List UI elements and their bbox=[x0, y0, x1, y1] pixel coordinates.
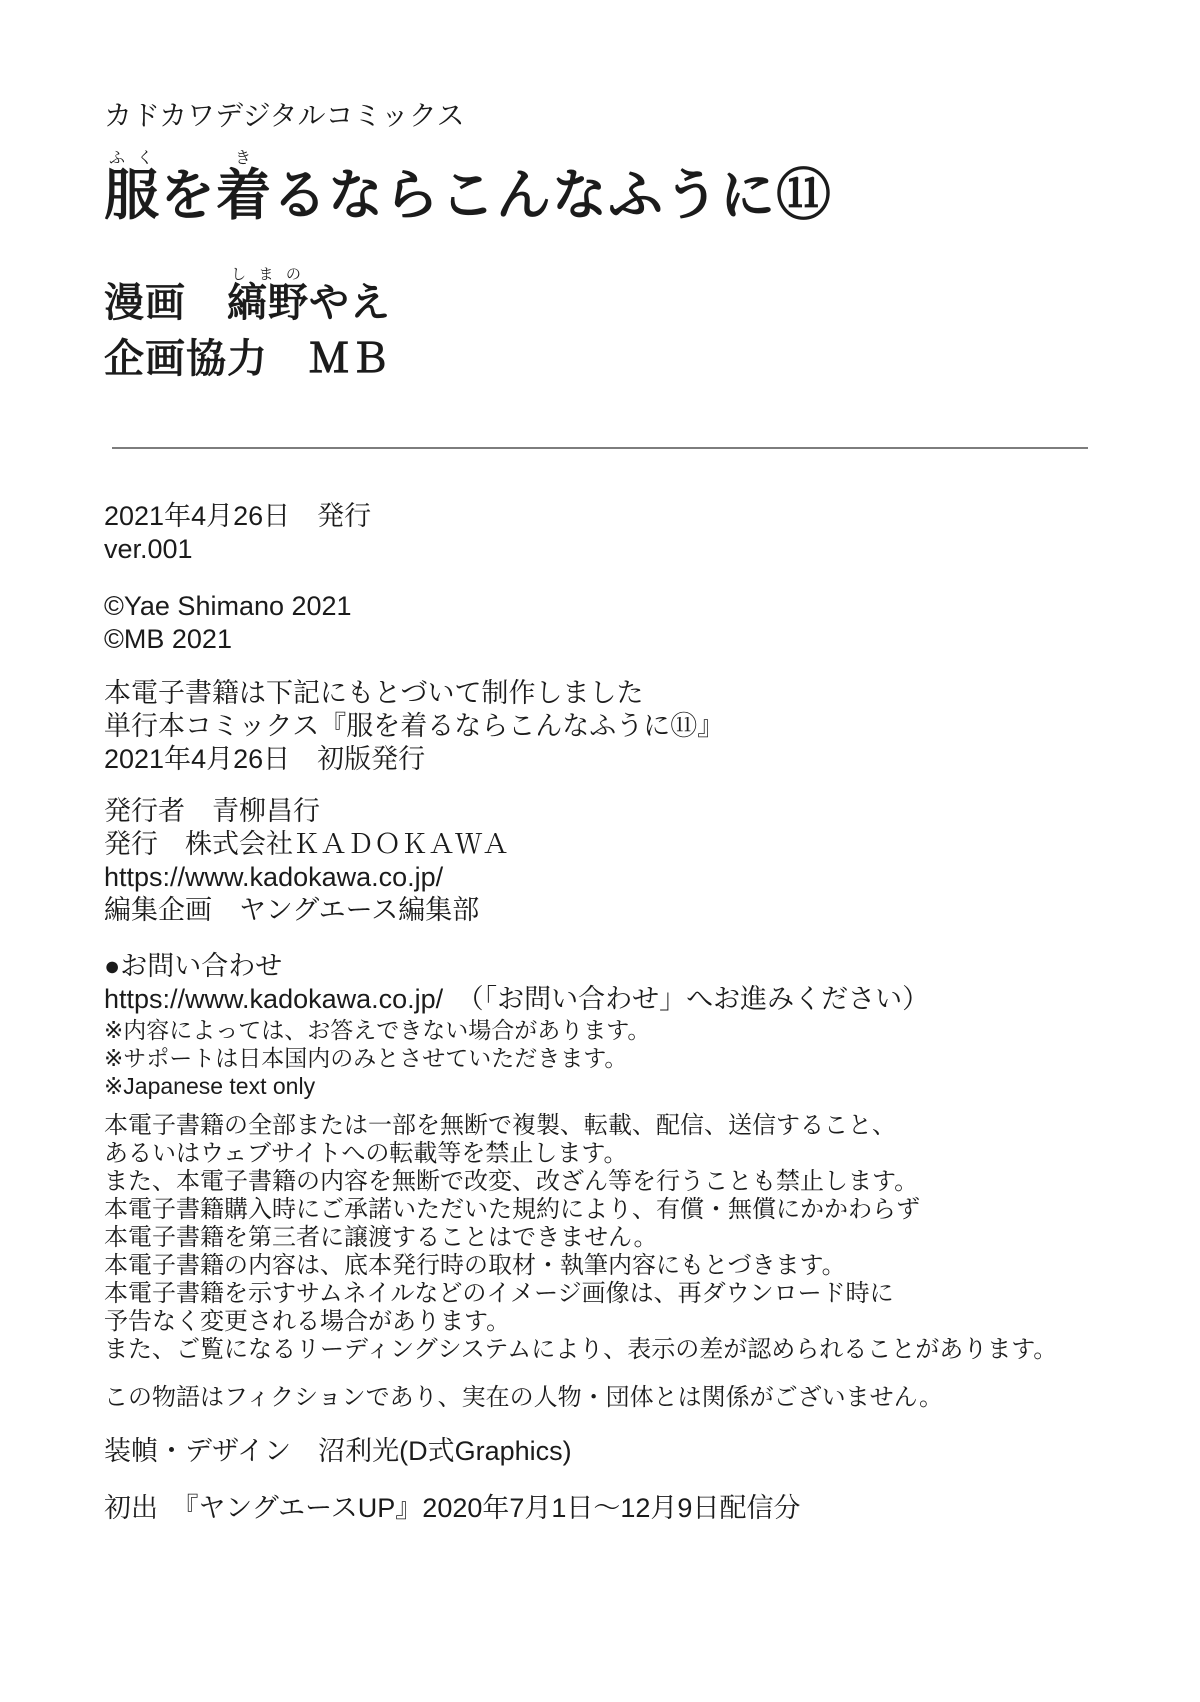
version-number: ver.001 bbox=[104, 533, 1140, 566]
source-edition-block: 本電子書籍は下記にもとづいて制作しました 単行本コミックス『服を着るならこんなふ… bbox=[104, 677, 1140, 776]
divider-rule bbox=[112, 447, 1088, 449]
imprint-label: カドカワデジタルコミックス bbox=[104, 100, 1140, 132]
legal-line: 本電子書籍購入時にご承諾いただいた規約により、有償・無償にかかわらず bbox=[104, 1196, 1140, 1224]
publisher-url: https://www.kadokawa.co.jp/ bbox=[104, 861, 1140, 894]
first-publication-block: 初出 『ヤングエースUP』2020年7月1日～12月9日配信分 bbox=[104, 1492, 1140, 1525]
credit-manga-author: 漫画 縞野しまのやえ bbox=[104, 266, 1140, 327]
legal-line: また、ご覧になるリーディングシステムにより、表示の差が認められることがあります。 bbox=[104, 1336, 1140, 1364]
publisher-person: 発行者 青柳昌行 bbox=[104, 795, 1140, 828]
legal-line: また、本電子書籍の内容を無断で改変、改ざん等を行うことも禁止します。 bbox=[104, 1168, 1140, 1196]
fiction-disclaimer-block: この物語はフィクションであり、実在の人物・団体とは関係がございません。 bbox=[104, 1384, 1140, 1412]
legal-line: 本電子書籍を示すサムネイルなどのイメージ画像は、再ダウンロード時に bbox=[104, 1280, 1140, 1308]
legal-line: 予告なく変更される場合があります。 bbox=[104, 1308, 1140, 1336]
colophon-page: カドカワデジタルコミックス 服ふくを着きるならこんなふうに⑪ 漫画 縞野しまのや… bbox=[0, 0, 1200, 1702]
fiction-disclaimer: この物語はフィクションであり、実在の人物・団体とは関係がございません。 bbox=[104, 1384, 1140, 1412]
design-credit: 装幀・デザイン 沼利光(D式Graphics) bbox=[104, 1435, 1140, 1468]
source-edition-date: 2021年4月26日 初版発行 bbox=[104, 743, 1140, 776]
source-note: 本電子書籍は下記にもとづいて制作しました bbox=[104, 677, 1140, 710]
contact-heading: ●お問い合わせ bbox=[104, 950, 1140, 983]
contact-url: https://www.kadokawa.co.jp/ （「お問い合わせ」へお進… bbox=[104, 983, 1140, 1016]
copyright-line: ©MB 2021 bbox=[104, 623, 1140, 656]
design-credit-block: 装幀・デザイン 沼利光(D式Graphics) bbox=[104, 1435, 1140, 1468]
legal-line: 本電子書籍を第三者に譲渡することはできません。 bbox=[104, 1224, 1140, 1252]
legal-line: 本電子書籍の全部または一部を無断で複製、転載、配信、送信すること、 bbox=[104, 1112, 1140, 1140]
source-edition-title: 単行本コミックス『服を着るならこんなふうに⑪』 bbox=[104, 710, 1140, 743]
book-title: 服ふくを着きるならこんなふうに⑪ bbox=[104, 150, 1140, 226]
publisher-company: 発行 株式会社ＫＡＤＯＫＡＷＡ bbox=[104, 828, 1140, 861]
contact-notes-block: ※内容によっては、お答えできない場合があります。 ※サポートは日本国内のみとさせ… bbox=[104, 1016, 1140, 1100]
contact-note: ※内容によっては、お答えできない場合があります。 bbox=[104, 1016, 1140, 1044]
copyright-block: ©Yae Shimano 2021 ©MB 2021 bbox=[104, 590, 1140, 656]
publication-date: 2021年4月26日 発行 bbox=[104, 500, 1140, 533]
contact-note: ※Japanese text only bbox=[104, 1072, 1140, 1100]
legal-line: 本電子書籍の内容は、底本発行時の取材・執筆内容にもとづきます。 bbox=[104, 1252, 1140, 1280]
legal-line: あるいはウェブサイトへの転載等を禁止します。 bbox=[104, 1140, 1140, 1168]
first-publication: 初出 『ヤングエースUP』2020年7月1日～12月9日配信分 bbox=[104, 1492, 1140, 1525]
contact-block: ●お問い合わせ https://www.kadokawa.co.jp/ （「お問… bbox=[104, 950, 1140, 1016]
credit-planning: 企画協力 ＭＢ bbox=[104, 335, 1140, 383]
publisher-block: 発行者 青柳昌行 発行 株式会社ＫＡＤＯＫＡＷＡ https://www.kad… bbox=[104, 795, 1140, 927]
publication-date-block: 2021年4月26日 発行 ver.001 bbox=[104, 500, 1140, 566]
editorial-department: 編集企画 ヤングエース編集部 bbox=[104, 894, 1140, 927]
copyright-line: ©Yae Shimano 2021 bbox=[104, 590, 1140, 623]
contact-note: ※サポートは日本国内のみとさせていただきます。 bbox=[104, 1044, 1140, 1072]
legal-block: 本電子書籍の全部または一部を無断で複製、転載、配信、送信すること、 あるいはウェ… bbox=[104, 1112, 1140, 1364]
